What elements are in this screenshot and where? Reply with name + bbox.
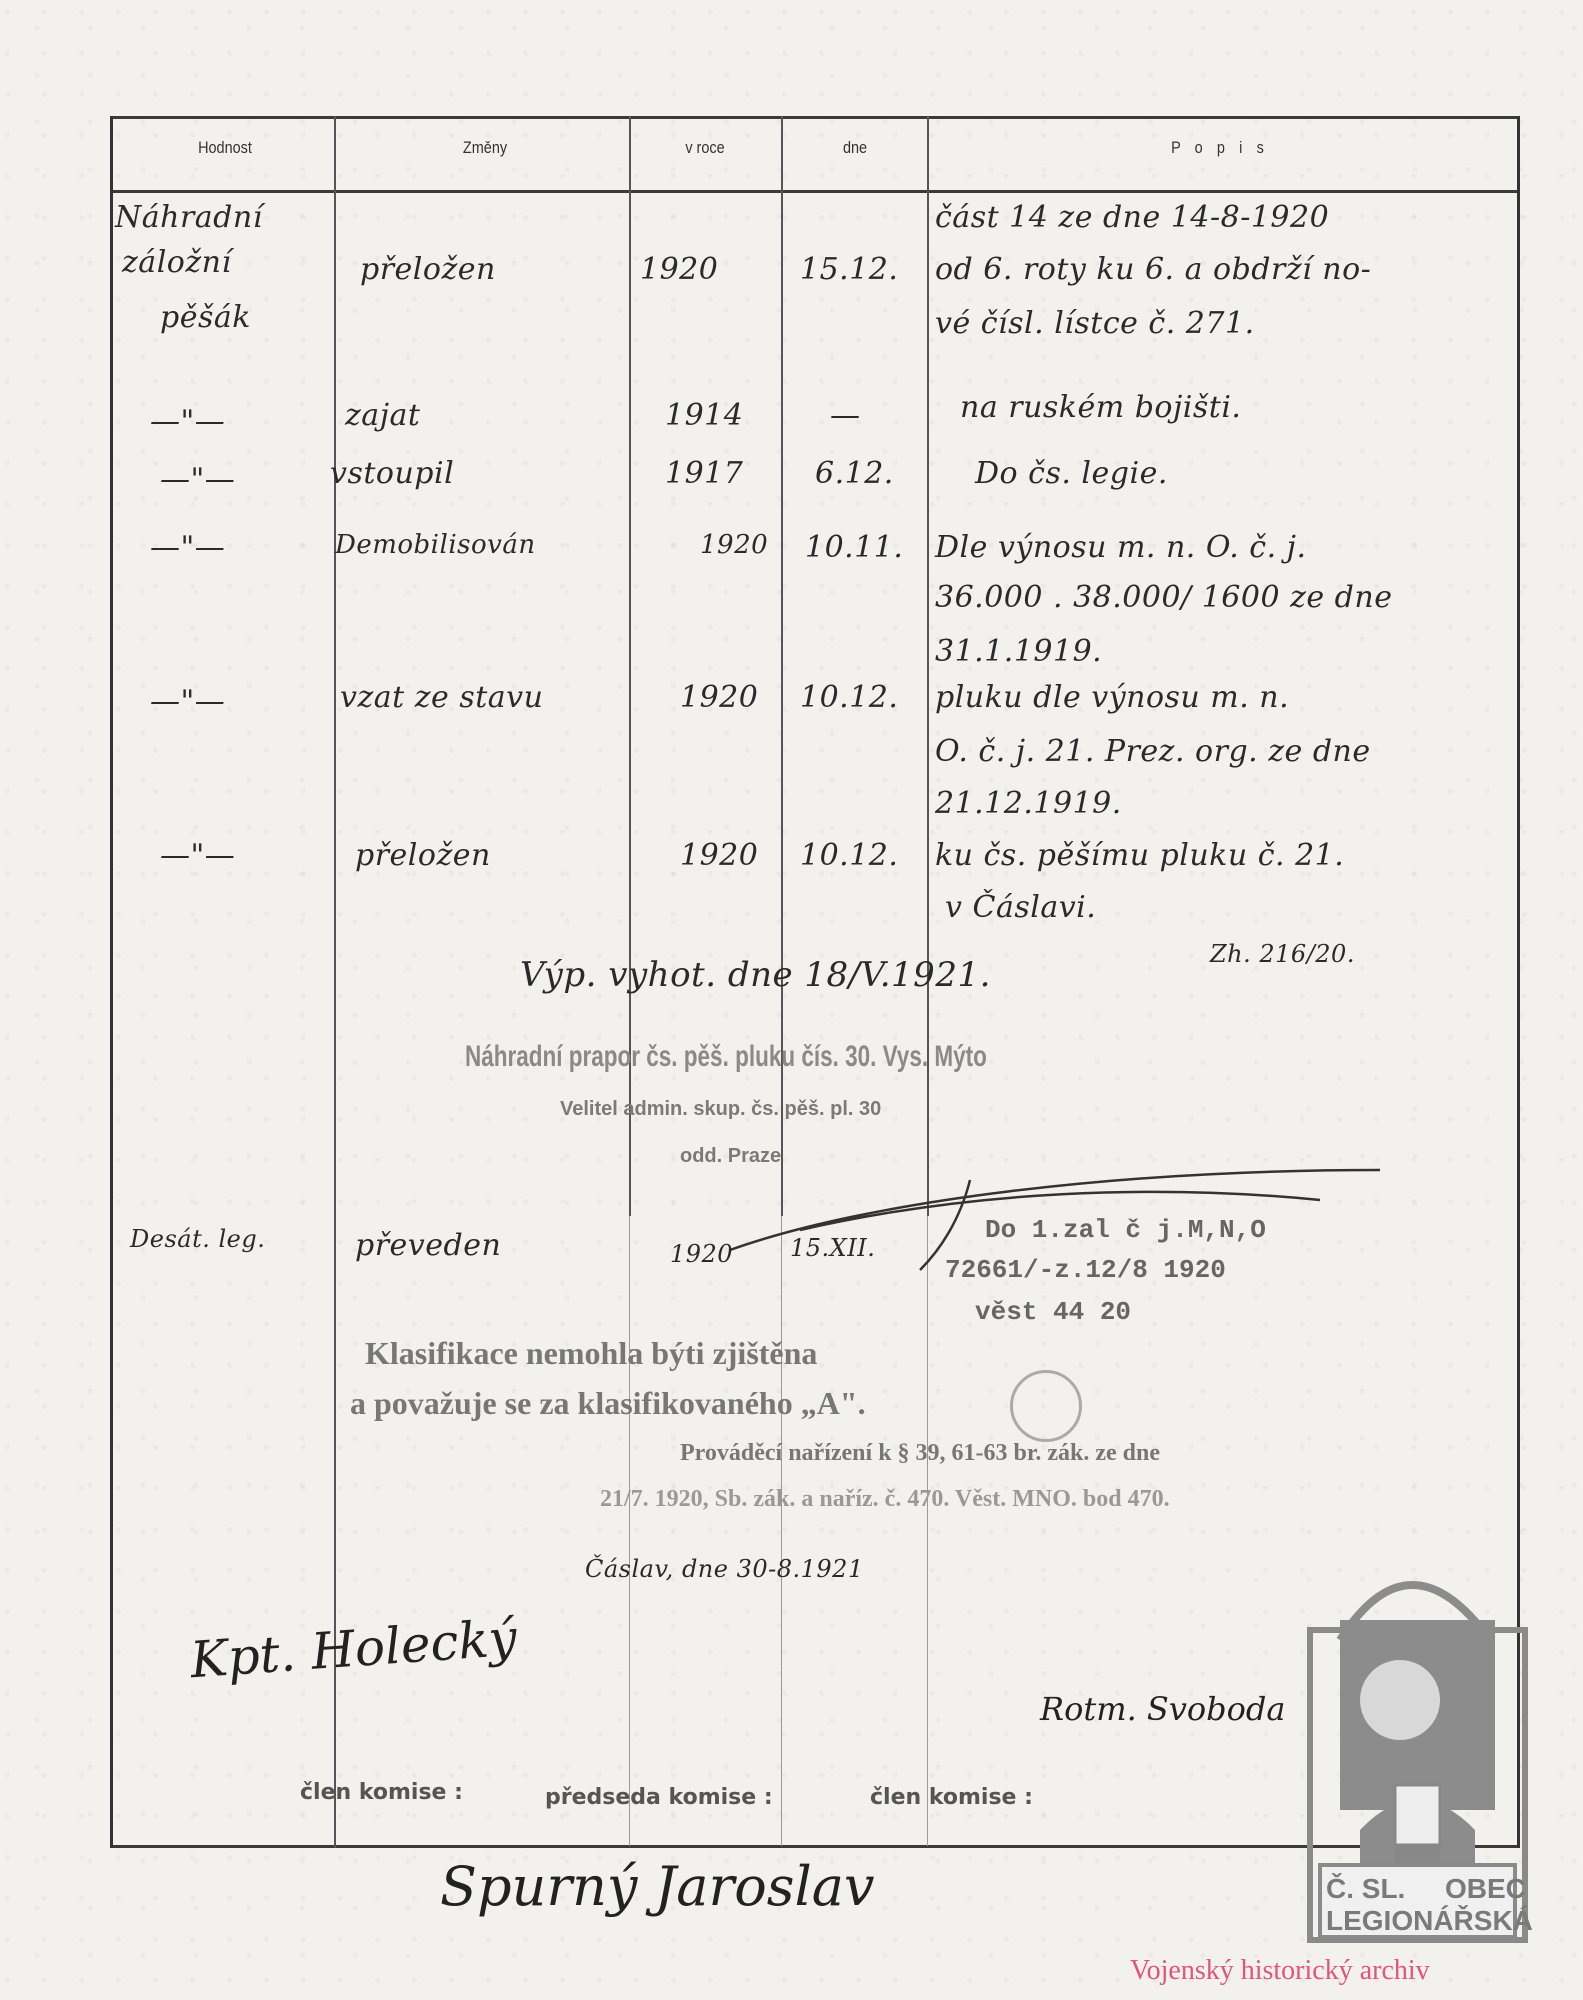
entry-rank: záložní	[122, 245, 232, 280]
unit-stamp-line1: Náhradní prapor čs. pěš. pluku čís. 30. …	[465, 1040, 987, 1074]
entry-rank: Náhradní	[115, 200, 263, 235]
entry-rank: —"—	[150, 684, 225, 719]
entry-day: 15.XII.	[790, 1234, 875, 1262]
entry-year: 1920	[640, 252, 718, 287]
entry-year: 1920	[680, 680, 758, 715]
entry-description: O. č. j. 21. Prez. org. ze dne	[935, 734, 1371, 769]
classification-circle	[1010, 1370, 1082, 1442]
entry-day: —	[830, 398, 861, 433]
entry-description: pluku dle výnosu m. n.	[935, 680, 1289, 715]
entry-description: 31.1.1919.	[935, 634, 1102, 669]
column-divider	[629, 1216, 630, 1846]
entry-description: v Čáslavi.	[945, 890, 1096, 925]
entry-description: 36.000 . 38.000/ 1600 ze dne	[935, 580, 1392, 615]
header-dne: dne	[800, 138, 911, 158]
entry-change: přeložen	[355, 838, 491, 873]
logo-text: OBEC	[1445, 1873, 1526, 1904]
archive-stamp: Vojenský historický archiv	[1130, 1955, 1430, 1987]
entry-day: 10.11.	[805, 530, 903, 565]
entry-description: Dle výnosu m. n. O. č. j.	[935, 530, 1307, 565]
entry-day: 10.12.	[800, 838, 898, 873]
entry-day: 10.12.	[800, 680, 898, 715]
entry-change: zajat	[345, 398, 420, 433]
column-divider	[927, 1216, 928, 1846]
header-zmeny: Změny	[421, 138, 549, 158]
entry-rank: —"—	[150, 530, 225, 565]
entry-year: 1920	[680, 838, 758, 873]
unit-stamp-line2: Velitel admin. skup. čs. pěš. pl. 30	[560, 1098, 881, 1121]
entry-year: 1914	[665, 398, 743, 433]
classification-stamp-line2: a považuje se za klasifikovaného „A".	[350, 1385, 866, 1422]
column-divider	[781, 1216, 782, 1846]
entry-day: 6.12.	[815, 456, 894, 491]
entry-rank: —"—	[160, 462, 235, 497]
commission-member-label: člen komise :	[300, 1780, 463, 1805]
entry-change: vzat ze stavu	[340, 680, 543, 715]
extract-note: Výp. vyhot. dne 18/V.1921.	[520, 955, 991, 995]
entry-rank: Desát. leg.	[130, 1225, 265, 1253]
entry-year: 1920	[670, 1240, 733, 1268]
entry-description: část 14 ze dne 14-8-1920	[935, 200, 1329, 235]
classification-stamp-line3: Prováděcí nařízení k § 39, 61-63 br. zák…	[680, 1440, 1160, 1467]
entry-change: vstoupil	[330, 456, 454, 491]
logo-text: Č. SL.	[1326, 1872, 1405, 1904]
entry-year: 1920	[700, 530, 768, 560]
entry-description: ku čs. pěšímu pluku č. 21.	[935, 838, 1344, 873]
entry-rank: —"—	[150, 404, 225, 439]
table-top-border	[111, 116, 1519, 119]
classification-stamp-line4: 21/7. 1920, Sb. zák. a naříz. č. 470. Vě…	[600, 1486, 1170, 1513]
column-divider	[334, 116, 336, 1848]
entry-change: přeložen	[360, 252, 496, 287]
header-popis: P o p i s	[1135, 138, 1305, 158]
header-hodnost: Hodnost	[161, 138, 289, 158]
entry-rank: —"—	[160, 838, 235, 873]
reference-stamp: věst 44 20	[975, 1297, 1131, 1327]
signature-bottom: Spurný Jaroslav	[440, 1855, 874, 1918]
classification-stamp-line1: Klasifikace nemohla býti zjištěna	[365, 1335, 817, 1372]
header-v-roce: v roce	[650, 138, 761, 158]
table-left-border	[110, 116, 113, 1848]
entry-rank: pěšák	[160, 300, 251, 335]
reference-stamp: 72661/-z.12/8 1920	[945, 1255, 1226, 1285]
entry-description: Do čs. legie.	[975, 456, 1168, 491]
entry-day: 15.12.	[800, 252, 898, 287]
entry-reference: Zh. 216/20.	[1210, 940, 1355, 968]
entry-year: 1917	[665, 456, 743, 491]
commission-member-label: člen komise :	[870, 1785, 1033, 1810]
entry-description: na ruském bojišti.	[960, 390, 1241, 425]
commission-chair-label: předseda komise :	[545, 1785, 773, 1810]
legion-association-logo: Č. SL. OBEC LEGIONÁŘSKÁ	[1300, 1530, 1535, 1950]
entry-change: převeden	[355, 1228, 501, 1263]
entry-description: od 6. roty ku 6. a obdrží no-	[935, 252, 1371, 287]
signature-right: Rotm. Svoboda	[1040, 1690, 1285, 1728]
entry-description: 21.12.1919.	[935, 786, 1122, 821]
reference-stamp: Do 1.zal č j.M,N,O	[985, 1215, 1266, 1245]
header-bottom-border	[111, 190, 1519, 193]
logo-text: LEGIONÁŘSKÁ	[1326, 1905, 1533, 1936]
entry-description: vé čísl. lístce č. 271.	[935, 306, 1255, 341]
entry-change: Demobilisován	[335, 530, 536, 560]
place-date: Čáslav, dne 30-8.1921	[585, 1555, 864, 1583]
